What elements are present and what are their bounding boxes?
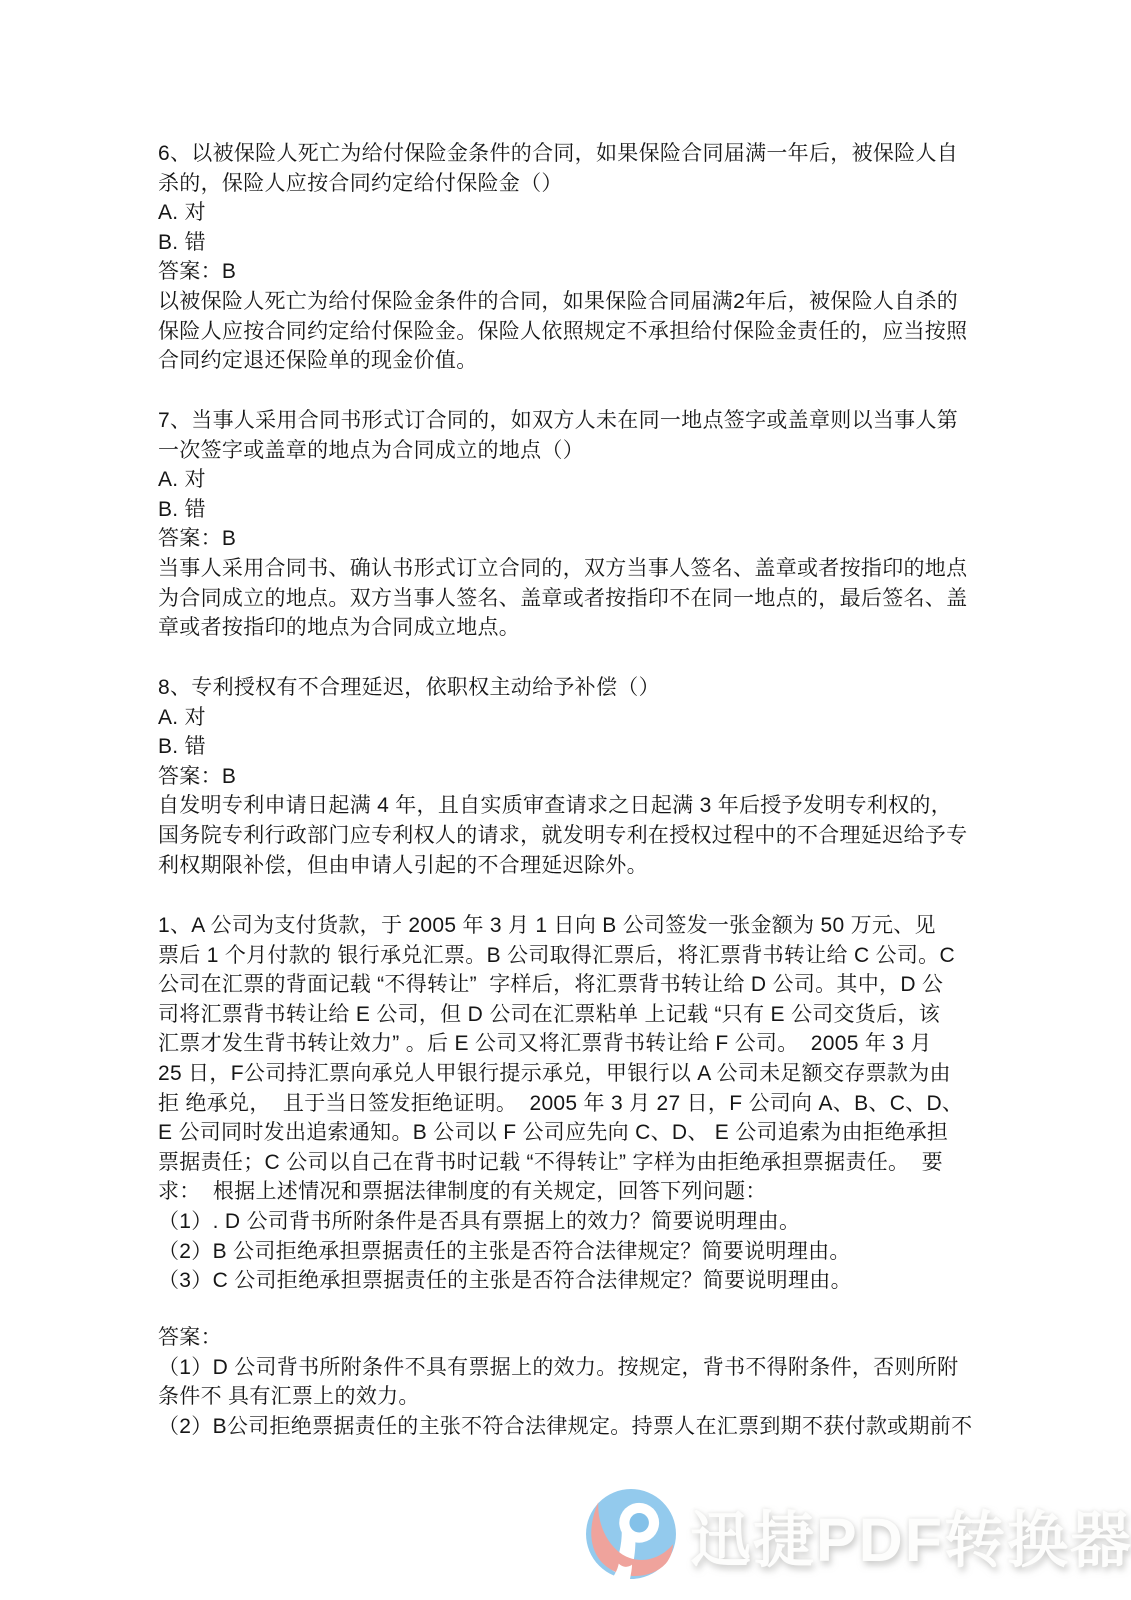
text-line: 7、当事人采用合同书形式订合同的，如双方人未在同一地点签字或盖章则以当事人第 (158, 406, 1018, 436)
text-line: （1）. D 公司背书所附条件是否具有票据上的效力？简要说明理由。 (158, 1207, 1018, 1237)
text-line: 1、A 公司为支付货款，于 2005 年 3 月 1 日向 B 公司签发一张金额… (158, 911, 1018, 941)
pdf-converter-watermark: 迅捷PDF转换器 (0, 1470, 1131, 1600)
text-line: （2）B 公司拒绝承担票据责任的主张是否符合法律规定？简要说明理由。 (158, 1237, 1018, 1267)
pdf-converter-watermark-text: 迅捷PDF转换器 (690, 1492, 1131, 1579)
text-line: 答案： (158, 1323, 1018, 1353)
text-line: 6、以被保险人死亡为给付保险金条件的合同，如果保险合同届满一年后，被保险人自 (158, 139, 1018, 169)
text-line: 以被保险人死亡为给付保险金条件的合同，如果保险合同届满2年后，被保险人自杀的 (158, 287, 1018, 317)
text-line: B. 错 (158, 495, 1018, 525)
pdf-converter-logo-icon (585, 1488, 677, 1580)
text-line: 章或者按指印的地点为合同成立地点。 (158, 613, 1018, 643)
text-line: 合同约定退还保险单的现金价值。 (158, 346, 1018, 376)
text-line: B. 错 (158, 228, 1018, 258)
question-8-block: 8、专利授权有不合理延迟，依职权主动给予补偿（）A. 对B. 错答案：B自发明专… (158, 673, 1018, 880)
question-6-block: 6、以被保险人死亡为给付保险金条件的合同，如果保险合同届满一年后，被保险人自杀的… (158, 139, 1018, 376)
text-line: 一次签字或盖章的地点为合同成立的地点（） (158, 436, 1018, 466)
text-line: 求： 根据上述情况和票据法律制度的有关规定，回答下列问题： (158, 1177, 1018, 1207)
text-line: A. 对 (158, 465, 1018, 495)
text-line: E 公司同时发出追索通知。B 公司以 F 公司应先向 C、D、 E 公司追索为由… (158, 1118, 1018, 1148)
text-line: （2）B公司拒绝票据责任的主张不符合法律规定。持票人在汇票到期不获付款或期前不 (158, 1412, 1018, 1442)
text-line: 答案：B (158, 762, 1018, 792)
document-page: 6、以被保险人死亡为给付保险金条件的合同，如果保险合同届满一年后，被保险人自杀的… (0, 0, 1131, 1600)
question-7-block: 7、当事人采用合同书形式订合同的，如双方人未在同一地点签字或盖章则以当事人第一次… (158, 406, 1018, 643)
text-line: 拒 绝承兑， 且于当日签发拒绝证明。 2005 年 3 月 27 日，F 公司向… (158, 1089, 1018, 1119)
case-question-1-block: 1、A 公司为支付货款，于 2005 年 3 月 1 日向 B 公司签发一张金额… (158, 911, 1018, 1296)
text-line: B. 错 (158, 732, 1018, 762)
text-line: 当事人采用合同书、确认书形式订立合同的，双方当事人签名、盖章或者按指印的地点 (158, 554, 1018, 584)
text-line: 答案：B (158, 524, 1018, 554)
text-line: A. 对 (158, 198, 1018, 228)
text-line: 8、专利授权有不合理延迟，依职权主动给予补偿（） (158, 673, 1018, 703)
text-line: 为合同成立的地点。双方当事人签名、盖章或者按指印不在同一地点的，最后签名、盖 (158, 584, 1018, 614)
case-answer-block: 答案：（1）D 公司背书所附条件不具有票据上的效力。按规定，背书不得附条件，否则… (158, 1323, 1018, 1441)
text-line: 25 日，F公司持汇票向承兑人甲银行提示承兑，甲银行以 A 公司未足额交存票款为… (158, 1059, 1018, 1089)
text-line: 条件不 具有汇票上的效力。 (158, 1382, 1018, 1412)
text-line: 公司在汇票的背面记载 “不得转让” 字样后，将汇票背书转让给 D 公司。其中，D… (158, 970, 1018, 1000)
text-line: 保险人应按合同约定给付保险金。保险人依照规定不承担给付保险金责任的，应当按照 (158, 317, 1018, 347)
text-line: 利权期限补偿，但由申请人引起的不合理延迟除外。 (158, 851, 1018, 881)
text-line: 票据责任；C 公司以自己在背书时记载 “不得转让” 字样为由拒绝承担票据责任。 … (158, 1148, 1018, 1178)
text-line: 杀的，保险人应按合同约定给付保险金（） (158, 169, 1018, 199)
text-line: （1）D 公司背书所附条件不具有票据上的效力。按规定，背书不得附条件，否则所附 (158, 1353, 1018, 1383)
text-line: 票后 1 个月付款的 银行承兑汇票。B 公司取得汇票后，将汇票背书转让给 C 公… (158, 941, 1018, 971)
text-line: 自发明专利申请日起满 4 年，且自实质审查请求之日起满 3 年后授予发明专利权的… (158, 791, 1018, 821)
text-line: 汇票才发生背书转让效力” 。后 E 公司又将汇票背书转让给 F 公司。 2005… (158, 1029, 1018, 1059)
text-line: 答案：B (158, 257, 1018, 287)
text-line: A. 对 (158, 703, 1018, 733)
text-line: （3）C 公司拒绝承担票据责任的主张是否符合法律规定？简要说明理由。 (158, 1266, 1018, 1296)
text-line: 国务院专利行政部门应专利权人的请求，就发明专利在授权过程中的不合理延迟给予专 (158, 821, 1018, 851)
text-line: 司将汇票背书转让给 E 公司，但 D 公司在汇票粘单 上记载 “只有 E 公司交… (158, 1000, 1018, 1030)
